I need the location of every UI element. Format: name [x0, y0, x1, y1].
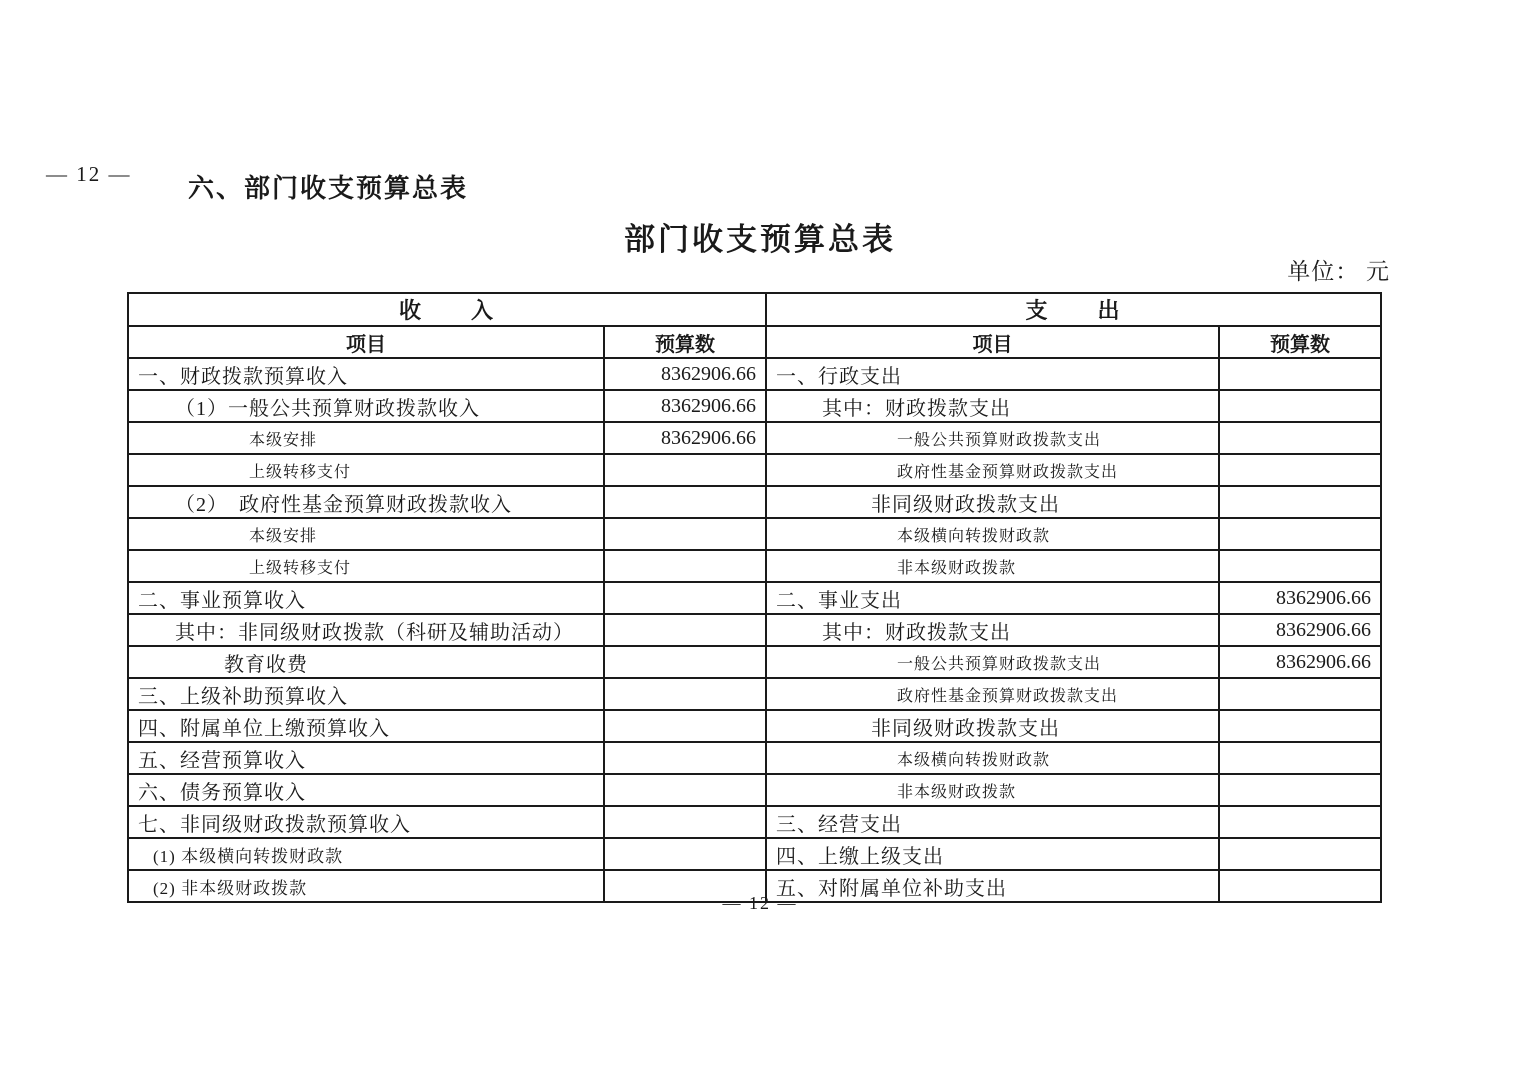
revenue-item-cell: 其中：非同级财政拨款（科研及辅助活动） [128, 614, 604, 646]
table-row: 上级转移支付非本级财政拨款 [128, 550, 1381, 582]
expenditure-item-cell: 二、事业支出 [766, 582, 1219, 614]
table-row: 本级安排本级横向转拨财政款 [128, 518, 1381, 550]
table-row: 五、经营预算收入本级横向转拨财政款 [128, 742, 1381, 774]
expenditure-item-cell: 四、上缴上级支出 [766, 838, 1219, 870]
section-heading: 六、部门收支预算总表 [188, 168, 468, 205]
expenditure-item-cell: 其中：财政拨款支出 [766, 390, 1219, 422]
revenue-item-cell: 教育收费 [128, 646, 604, 678]
table-row: （1）一般公共预算财政拨款收入8362906.66其中：财政拨款支出 [128, 390, 1381, 422]
table-row: (1) 本级横向转拨财政款四、上缴上级支出 [128, 838, 1381, 870]
expenditure-budget-cell [1219, 454, 1381, 486]
table-row: 其中：非同级财政拨款（科研及辅助活动）其中：财政拨款支出8362906.66 [128, 614, 1381, 646]
table-row: 三、上级补助预算收入政府性基金预算财政拨款支出 [128, 678, 1381, 710]
table-row: 本级安排8362906.66一般公共预算财政拨款支出 [128, 422, 1381, 454]
revenue-item-cell: （1）一般公共预算财政拨款收入 [128, 390, 604, 422]
revenue-item-cell: 一、财政拨款预算收入 [128, 358, 604, 390]
expenditure-item-cell: 政府性基金预算财政拨款支出 [766, 678, 1219, 710]
table-body: 一、财政拨款预算收入8362906.66一、行政支出（1）一般公共预算财政拨款收… [128, 358, 1381, 902]
revenue-item-cell: 上级转移支付 [128, 550, 604, 582]
revenue-item-cell: 本级安排 [128, 518, 604, 550]
expenditure-section-header: 支 出 [766, 293, 1381, 326]
expenditure-budget-cell [1219, 358, 1381, 390]
revenue-item-cell: 七、非同级财政拨款预算收入 [128, 806, 604, 838]
expenditure-budget-cell [1219, 710, 1381, 742]
expenditure-item-cell: 其中：财政拨款支出 [766, 614, 1219, 646]
revenue-item-cell: 六、债务预算收入 [128, 774, 604, 806]
expenditure-budget-cell: 8362906.66 [1219, 646, 1381, 678]
page-number-bottom: — 12 — [0, 893, 1520, 914]
revenue-budget-cell [604, 550, 766, 582]
expenditure-budget-cell [1219, 806, 1381, 838]
table-row: （2） 政府性基金预算财政拨款收入非同级财政拨款支出 [128, 486, 1381, 518]
expenditure-item-header: 项目 [766, 326, 1219, 358]
table-row: 四、附属单位上缴预算收入非同级财政拨款支出 [128, 710, 1381, 742]
revenue-budget-cell [604, 710, 766, 742]
revenue-item-cell: 本级安排 [128, 422, 604, 454]
table-column-header-row: 项目 预算数 项目 预算数 [128, 326, 1381, 358]
table-row: 上级转移支付政府性基金预算财政拨款支出 [128, 454, 1381, 486]
revenue-budget-cell [604, 646, 766, 678]
revenue-item-cell: 上级转移支付 [128, 454, 604, 486]
expenditure-item-cell: 政府性基金预算财政拨款支出 [766, 454, 1219, 486]
expenditure-budget-cell [1219, 550, 1381, 582]
expenditure-item-cell: 非本级财政拨款 [766, 774, 1219, 806]
table-section-header-row: 收 入 支 出 [128, 293, 1381, 326]
revenue-item-cell: (1) 本级横向转拨财政款 [128, 838, 604, 870]
expenditure-budget-cell [1219, 486, 1381, 518]
expenditure-item-cell: 一般公共预算财政拨款支出 [766, 422, 1219, 454]
revenue-budget-cell: 8362906.66 [604, 358, 766, 390]
expenditure-item-cell: 一、行政支出 [766, 358, 1219, 390]
table-row: 六、债务预算收入非本级财政拨款 [128, 774, 1381, 806]
expenditure-budget-cell [1219, 678, 1381, 710]
expenditure-budget-cell [1219, 742, 1381, 774]
revenue-item-cell: （2） 政府性基金预算财政拨款收入 [128, 486, 604, 518]
revenue-budget-cell [604, 486, 766, 518]
expenditure-item-cell: 一般公共预算财政拨款支出 [766, 646, 1219, 678]
revenue-item-cell: 五、经营预算收入 [128, 742, 604, 774]
table-row: 一、财政拨款预算收入8362906.66一、行政支出 [128, 358, 1381, 390]
unit-label: 单位： 元 [1287, 253, 1390, 286]
revenue-budget-cell [604, 806, 766, 838]
expenditure-item-cell: 本级横向转拨财政款 [766, 518, 1219, 550]
table-row: 七、非同级财政拨款预算收入三、经营支出 [128, 806, 1381, 838]
revenue-budget-cell: 8362906.66 [604, 390, 766, 422]
expenditure-item-cell: 三、经营支出 [766, 806, 1219, 838]
revenue-budget-cell [604, 582, 766, 614]
revenue-budget-cell [604, 774, 766, 806]
page-number-top: — 12 — [46, 162, 132, 187]
expenditure-budget-cell [1219, 518, 1381, 550]
revenue-item-cell: 四、附属单位上缴预算收入 [128, 710, 604, 742]
revenue-item-cell: 二、事业预算收入 [128, 582, 604, 614]
table-row: 教育收费一般公共预算财政拨款支出8362906.66 [128, 646, 1381, 678]
expenditure-item-cell: 本级横向转拨财政款 [766, 742, 1219, 774]
expenditure-item-cell: 非同级财政拨款支出 [766, 486, 1219, 518]
revenue-budget-cell [604, 454, 766, 486]
expenditure-budget-cell: 8362906.66 [1219, 614, 1381, 646]
budget-table: 收 入 支 出 项目 预算数 项目 预算数 一、财政拨款预算收入8362906.… [127, 292, 1382, 903]
document-page: — 12 — 六、部门收支预算总表 部门收支预算总表 单位： 元 收 入 支 出… [0, 0, 1520, 1074]
expenditure-budget-cell [1219, 774, 1381, 806]
revenue-budget-cell [604, 838, 766, 870]
expenditure-item-cell: 非同级财政拨款支出 [766, 710, 1219, 742]
expenditure-budget-cell: 8362906.66 [1219, 582, 1381, 614]
expenditure-budget-cell [1219, 838, 1381, 870]
expenditure-budget-cell [1219, 390, 1381, 422]
revenue-budget-header: 预算数 [604, 326, 766, 358]
revenue-budget-cell [604, 742, 766, 774]
revenue-item-header: 项目 [128, 326, 604, 358]
revenue-budget-cell [604, 518, 766, 550]
revenue-section-header: 收 入 [128, 293, 766, 326]
revenue-budget-cell [604, 614, 766, 646]
expenditure-budget-cell [1219, 422, 1381, 454]
table-row: 二、事业预算收入二、事业支出8362906.66 [128, 582, 1381, 614]
expenditure-budget-header: 预算数 [1219, 326, 1381, 358]
revenue-budget-cell: 8362906.66 [604, 422, 766, 454]
expenditure-item-cell: 非本级财政拨款 [766, 550, 1219, 582]
revenue-item-cell: 三、上级补助预算收入 [128, 678, 604, 710]
revenue-budget-cell [604, 678, 766, 710]
